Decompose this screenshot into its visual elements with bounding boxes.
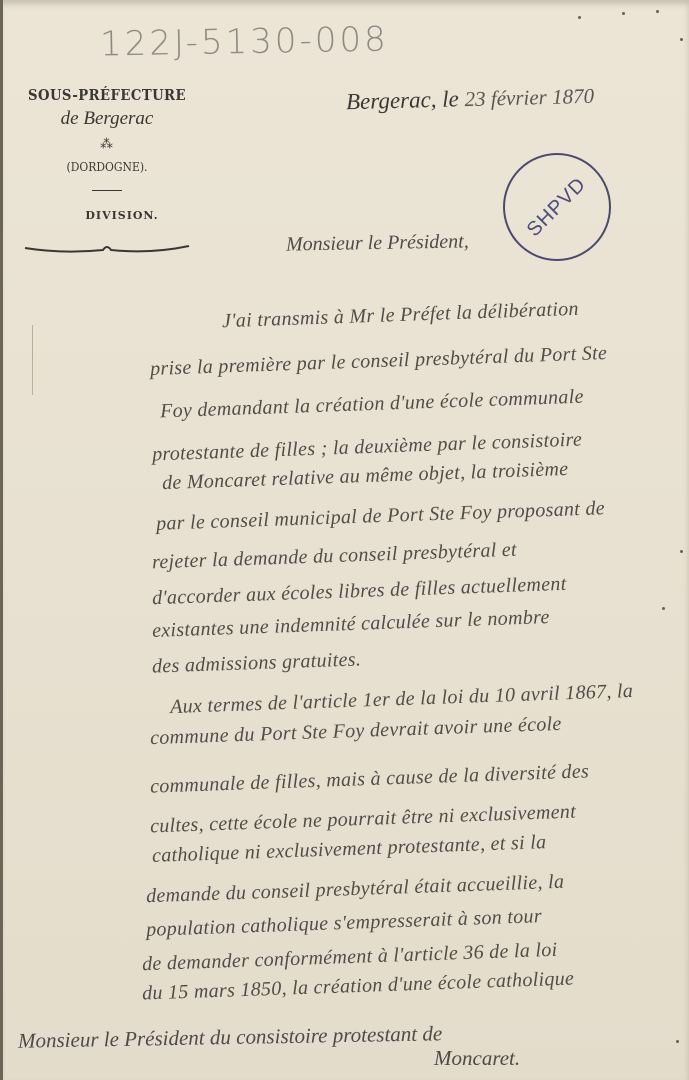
- body-line: population catholique s'empresserait à s…: [146, 905, 543, 942]
- body-line: catholique ni exclusivement protestante,…: [152, 831, 547, 868]
- paper-speck: [656, 10, 659, 13]
- letterhead-city: de Bergerac: [12, 108, 202, 130]
- body-line: par le conseil municipal de Port Ste Foy…: [156, 497, 606, 536]
- addressee-line-2: Moncaret.: [434, 1046, 520, 1071]
- body-line: J'ai transmis à Mr le Préfet la délibéra…: [222, 298, 579, 333]
- body-line: d'accorder aux écoles libres de filles a…: [152, 573, 567, 610]
- body-line: demande du conseil presbytéral était acc…: [146, 871, 565, 909]
- letterhead-division: DIVISION.: [42, 209, 202, 222]
- dateline-date: 23 février 1870: [464, 84, 594, 111]
- addressee-line-1: Monsieur le Président du consistoire pro…: [18, 1021, 443, 1053]
- body-line: rejeter la demande du conseil presbytéra…: [152, 539, 518, 575]
- letterhead-department: (DORDOGNE).: [22, 160, 193, 174]
- paper-speck: [622, 12, 625, 15]
- ornament-icon: ⁂: [12, 136, 202, 152]
- letterhead-rule: [92, 190, 122, 191]
- paper-speck: [676, 1040, 679, 1043]
- archive-reference: 122J-5130-008: [100, 19, 389, 64]
- letterhead: SOUS-PRÉFECTURE de Bergerac ⁂ (DORDOGNE)…: [12, 86, 202, 256]
- dateline: Bergerac, le 23 février 1870: [346, 83, 595, 115]
- dateline-place: Bergerac, le: [346, 86, 459, 114]
- archive-stamp: SHPVD: [503, 153, 611, 261]
- margin-mark: [32, 325, 33, 395]
- body-line: des admissions gratuites.: [152, 648, 362, 678]
- flourish-divider-icon: [23, 242, 191, 256]
- body-line: commune du Port Ste Foy devrait avoir un…: [150, 713, 562, 750]
- body-line: Aux termes de l'article 1er de la loi du…: [170, 680, 634, 719]
- body-line: communale de filles, mais à cause de la …: [150, 760, 590, 798]
- paper-speck: [578, 16, 581, 19]
- paper-speck: [680, 38, 683, 41]
- stamp-text: SHPVD: [523, 173, 592, 242]
- body-line: existantes une indemnité calculée sur le…: [152, 606, 550, 643]
- body-line: prise la première par le conseil presbyt…: [150, 342, 608, 381]
- body-line: Foy demandant la création d'une école co…: [160, 386, 584, 424]
- letterhead-title: SOUS-PRÉFECTURE: [23, 86, 190, 104]
- salutation: Monsieur le Président,: [286, 230, 469, 256]
- paper-speck: [680, 550, 683, 553]
- paper-speck: [662, 607, 665, 610]
- document-page: 122J-5130-008 SOUS-PRÉFECTURE de Bergera…: [0, 0, 689, 1080]
